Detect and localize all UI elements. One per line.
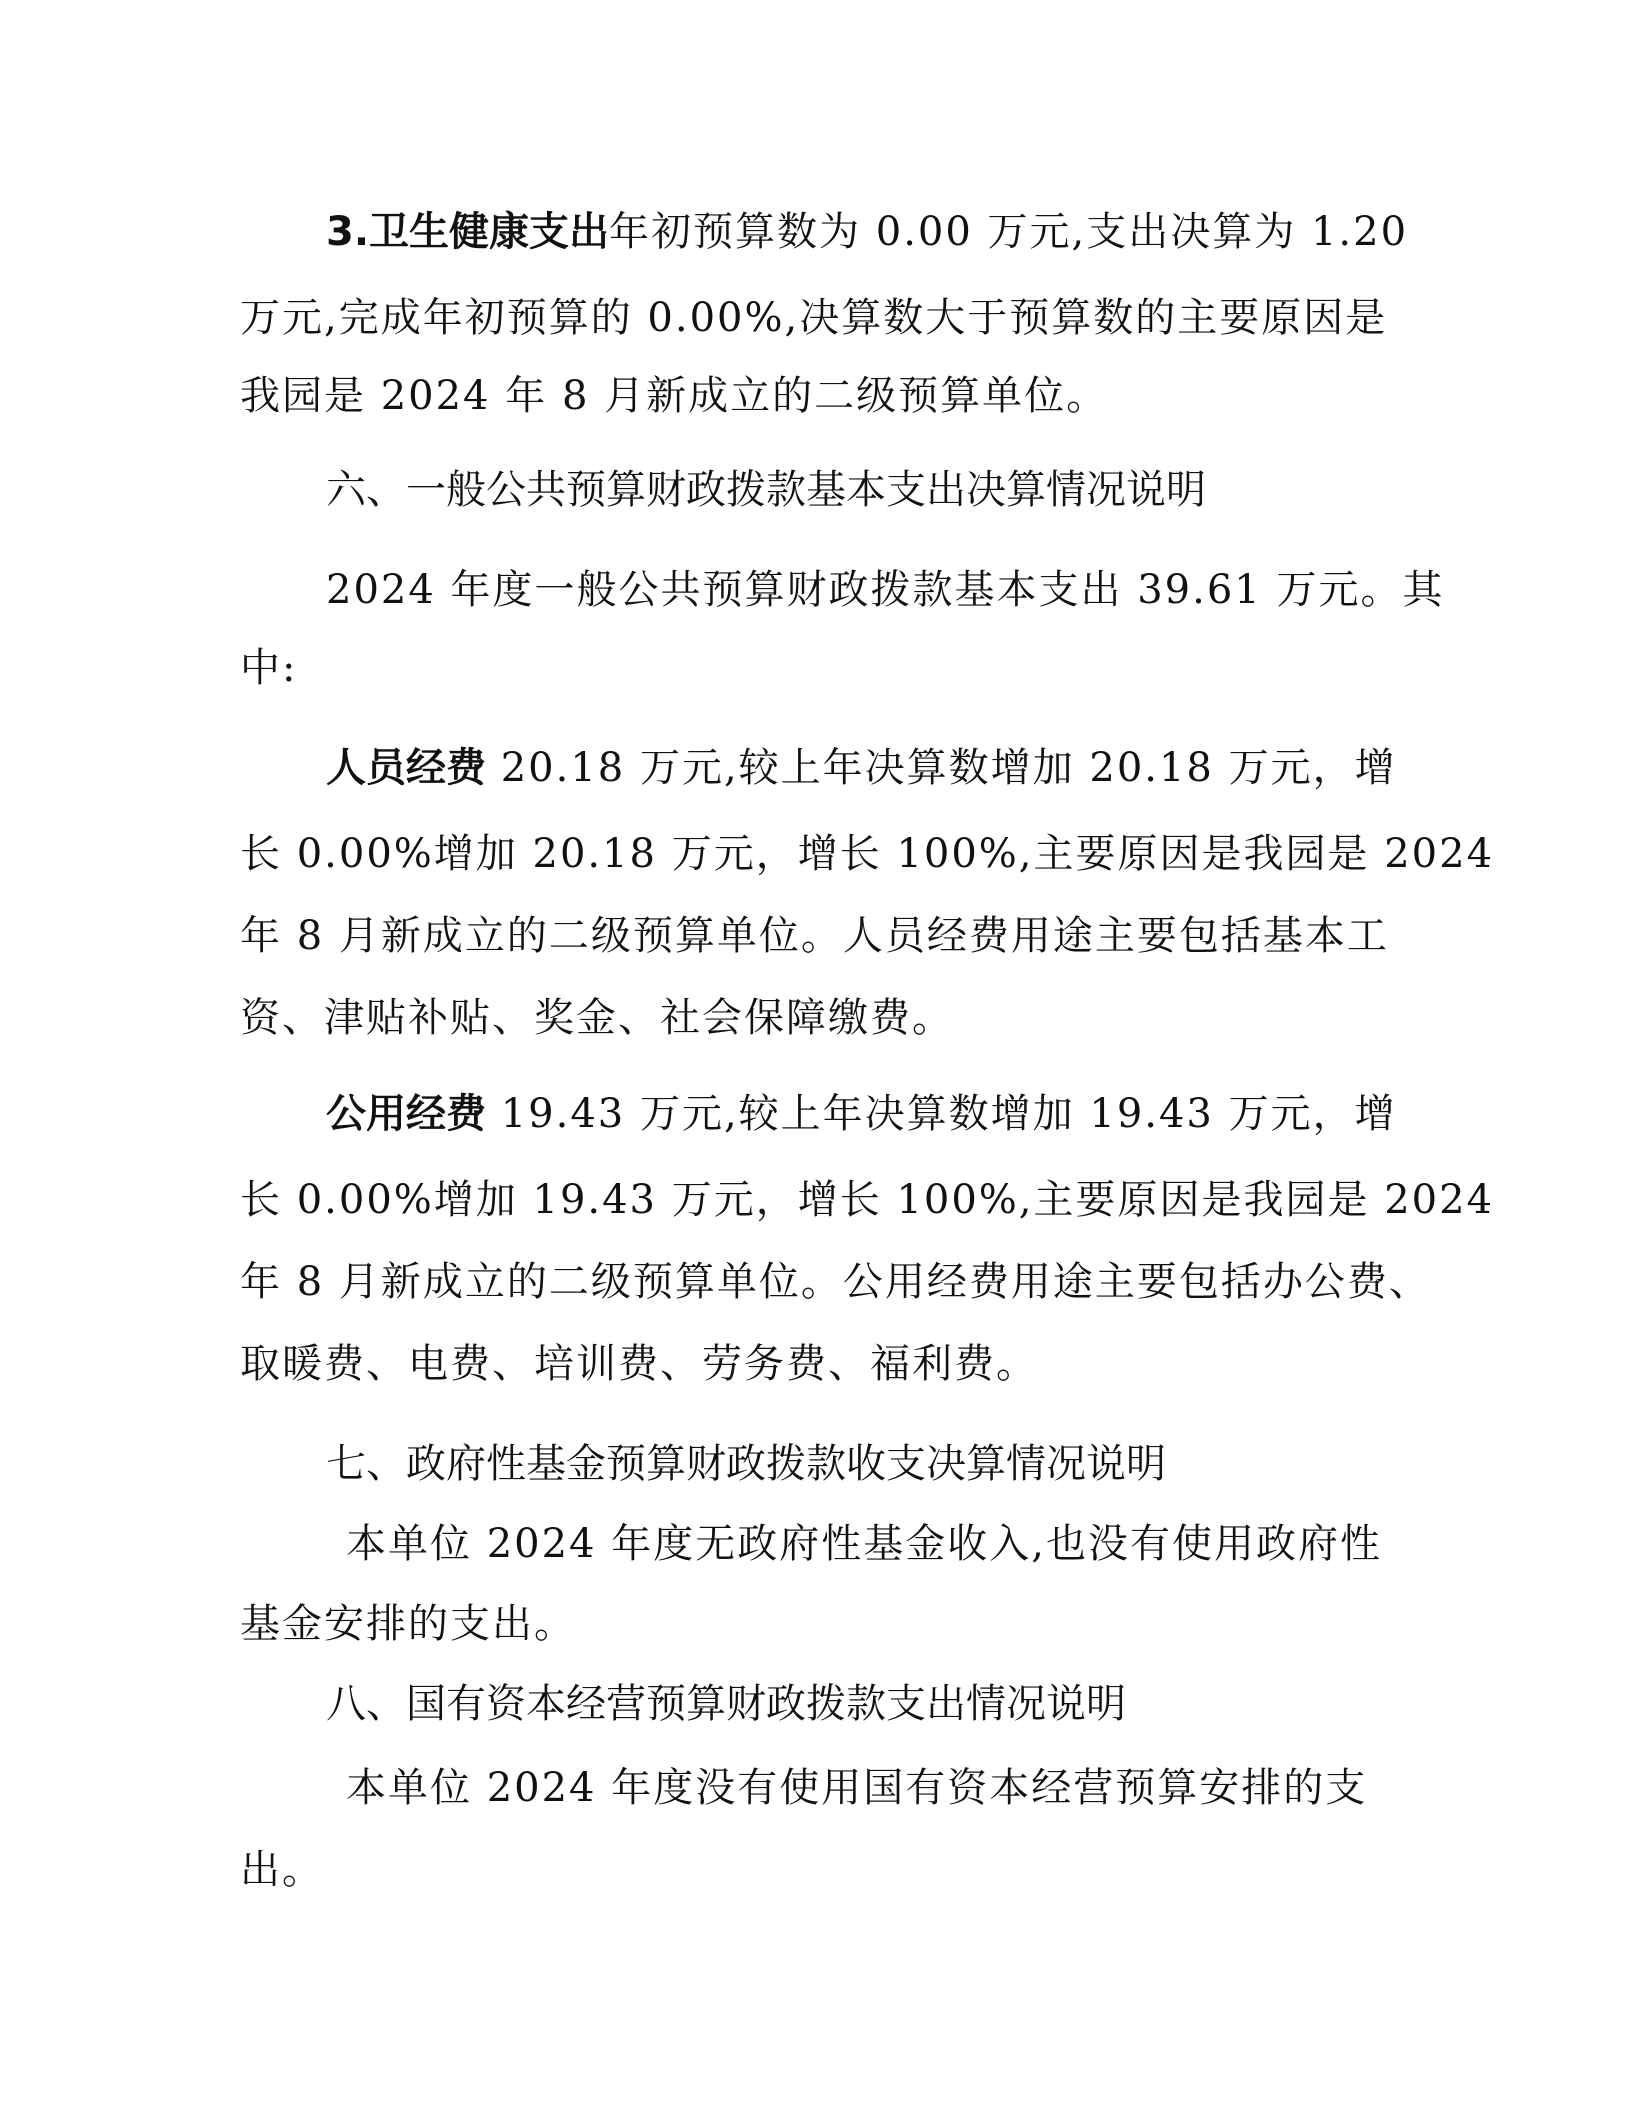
section8-heading: 八、国有资本经营预算财政拨款支出情况说明: [326, 1680, 1126, 1728]
personnel-line-4: 资、津贴补贴、奖金、社会保障缴费。: [240, 994, 954, 1042]
section7-heading: 七、政府性基金预算财政拨款收支决算情况说明: [326, 1440, 1166, 1488]
health-paragraph-line-3: 我园是 2024 年 8 月新成立的二级预算单位。: [240, 372, 1108, 420]
health-paragraph-line-1: 3.卫生健康支出年初预算数为 0.00 万元,支出决算为 1.20: [326, 208, 1408, 256]
personnel-lead: 人员经费: [326, 745, 486, 791]
section7-line-1: 本单位 2024 年度无政府性基金收入,也没有使用政府性: [346, 1520, 1382, 1568]
health-paragraph-line-2: 万元,完成年初预算的 0.00%,决算数大于预算数的主要原因是: [240, 294, 1387, 342]
public-line-4: 取暖费、电费、培训费、劳务费、福利费。: [240, 1340, 1038, 1388]
section6-intro-line-1: 2024 年度一般公共预算财政拨款基本支出 39.61 万元。其: [326, 566, 1444, 614]
personnel-line-3: 年 8 月新成立的二级预算单位。人员经费用途主要包括基本工: [240, 912, 1389, 960]
section7-line-2: 基金安排的支出。: [240, 1600, 576, 1648]
health-lead: 3.卫生健康支出: [326, 209, 609, 255]
section6-heading: 六、一般公共预算财政拨款基本支出决算情况说明: [326, 466, 1206, 514]
public-line-1: 公用经费 19.43 万元,较上年决算数增加 19.43 万元，增: [326, 1090, 1397, 1138]
personnel-line-2: 长 0.00%增加 20.18 万元，增长 100%,主要原因是我园是 2024: [240, 830, 1494, 878]
public-lead: 公用经费: [326, 1091, 486, 1137]
section8-line-1: 本单位 2024 年度没有使用国有资本经营预算安排的支: [346, 1764, 1367, 1812]
personnel-line-1: 人员经费 20.18 万元,较上年决算数增加 20.18 万元，增: [326, 744, 1397, 792]
section8-line-2: 出。: [240, 1846, 324, 1894]
section6-intro-line-2: 中:: [240, 644, 297, 692]
public-line-2: 长 0.00%增加 19.43 万元，增长 100%,主要原因是我园是 2024: [240, 1176, 1494, 1224]
public-line-3: 年 8 月新成立的二级预算单位。公用经费用途主要包括办公费、: [240, 1258, 1431, 1306]
